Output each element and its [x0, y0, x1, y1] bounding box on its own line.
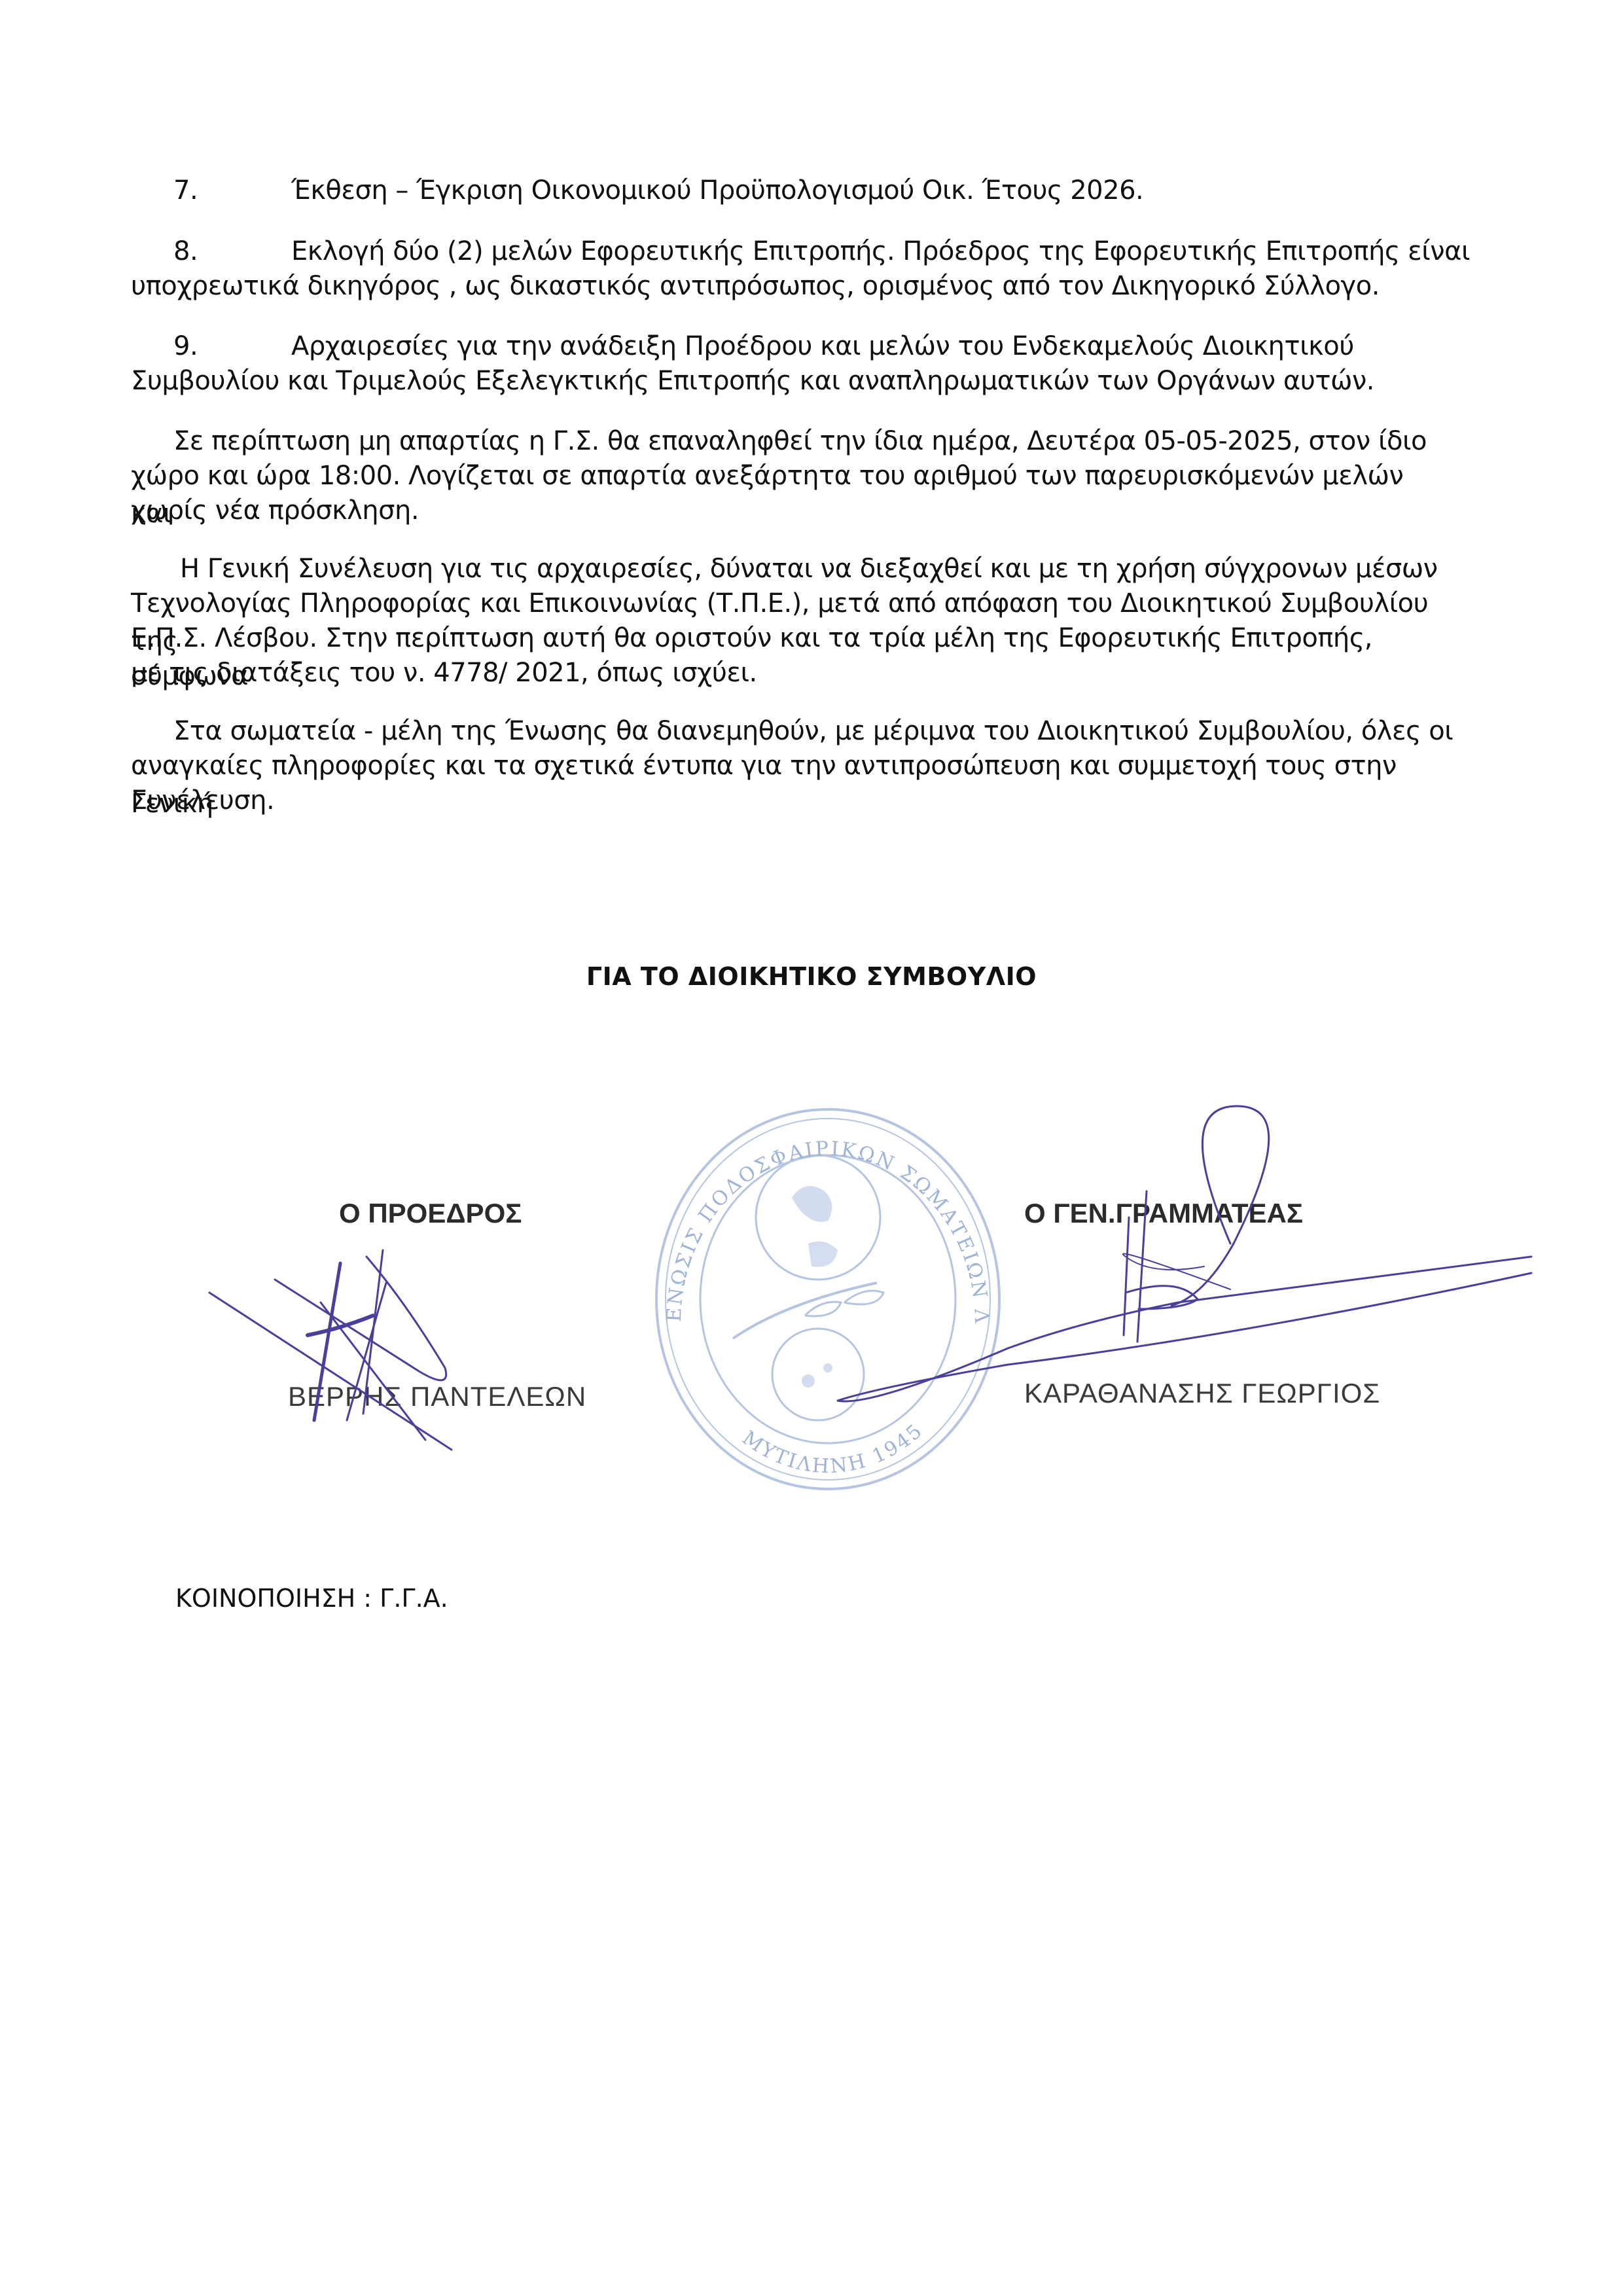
president-signature [209, 1250, 452, 1450]
handwritten-signatures [0, 0, 1623, 2296]
cc-notice: ΚΟΙΝΟΠΟΙΗΣΗ : Γ.Γ.Α. [175, 1584, 448, 1613]
document-page: 7.Έκθεση – Έγκριση Οικονομικού Προϋπολογ… [0, 0, 1623, 2296]
secretary-signature [838, 1106, 1531, 1401]
